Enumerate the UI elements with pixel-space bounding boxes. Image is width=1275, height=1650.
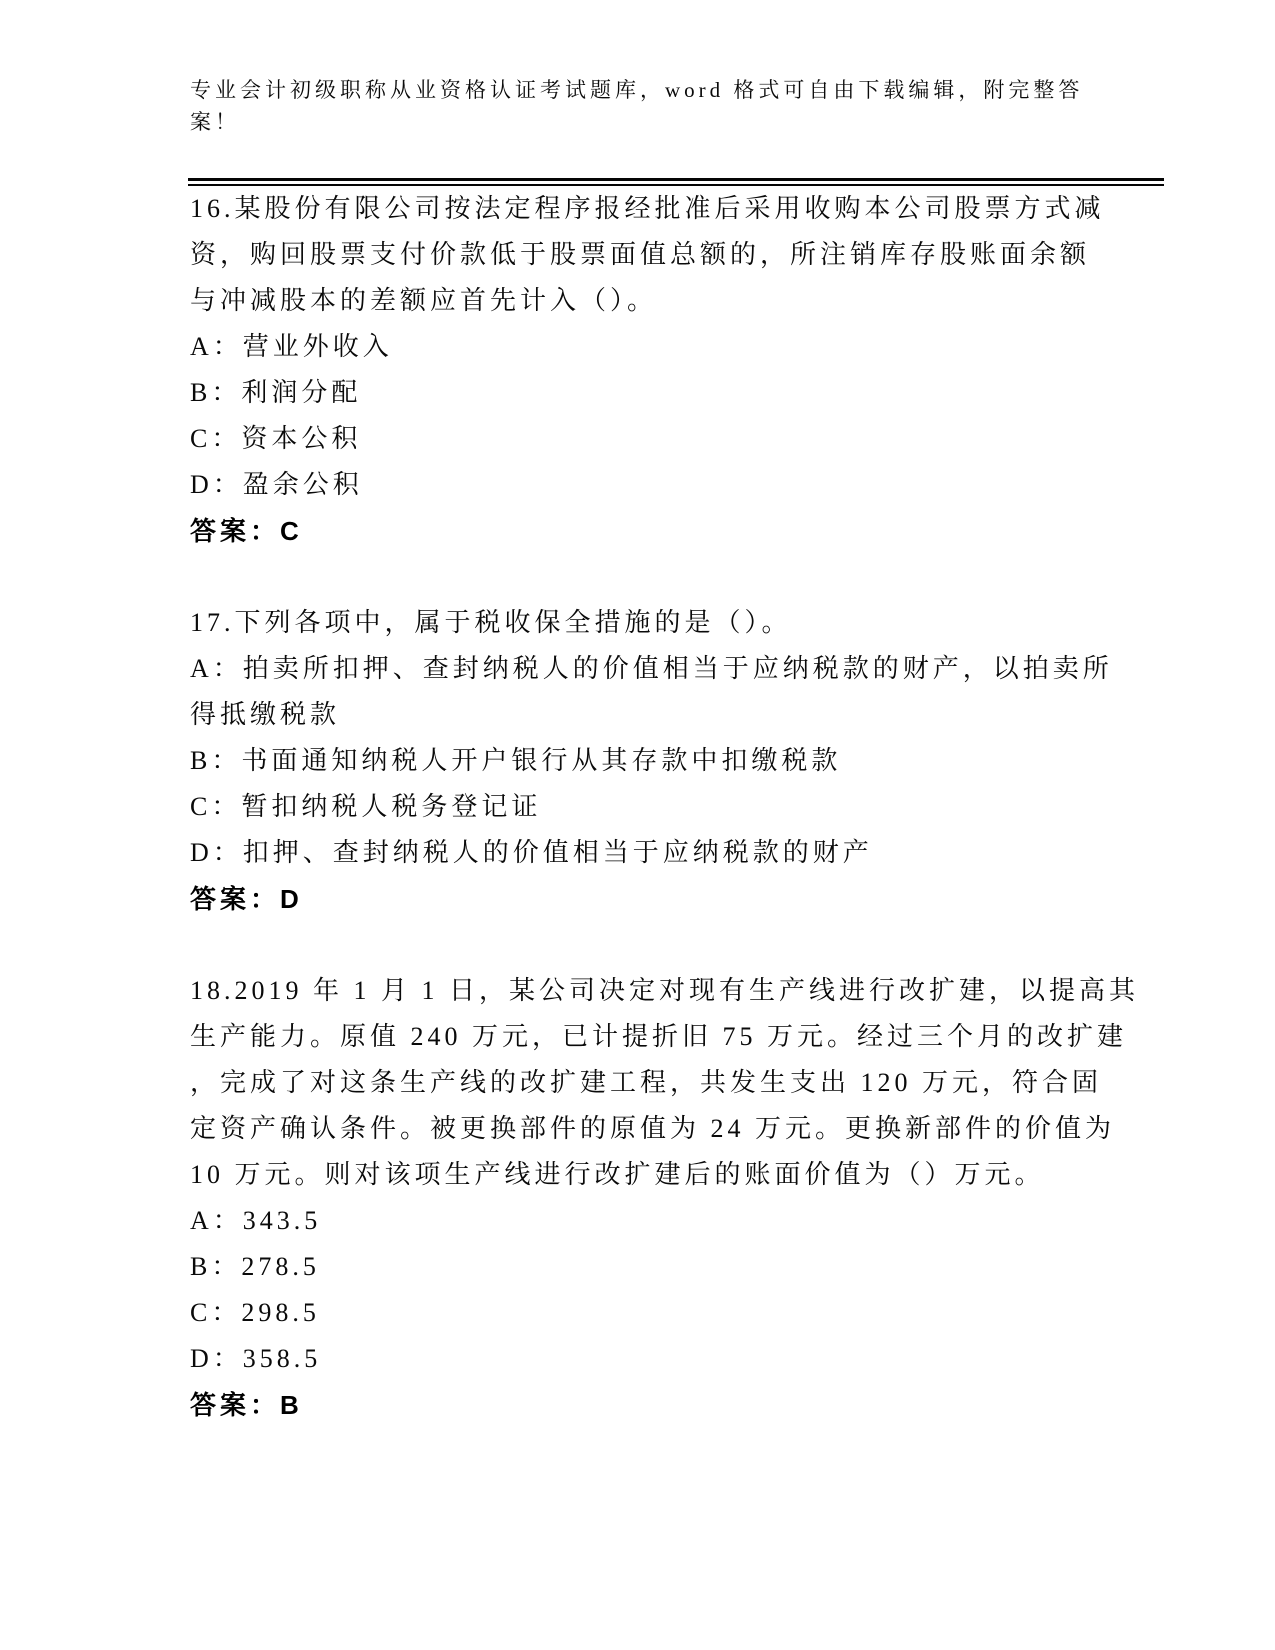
option-line-c: C：资本公积 <box>190 416 1085 462</box>
answer-line: 答案：D <box>190 876 1085 922</box>
option-line-d: D：扣押、查封纳税人的价值相当于应纳税款的财产 <box>190 830 1085 876</box>
answer-line: 答案：B <box>190 1382 1085 1428</box>
question-text-line: 17.下列各项中，属于税收保全措施的是（）。 <box>190 600 1085 646</box>
option-line-b: B：利润分配 <box>190 370 1085 416</box>
option-line-b: B：278.5 <box>190 1244 1085 1290</box>
question-text-line: 定资产确认条件。被更换部件的原值为 24 万元。更换新部件的价值为 <box>190 1106 1085 1152</box>
header-separator-line <box>188 178 1164 186</box>
option-line-a: A：343.5 <box>190 1198 1085 1244</box>
question-block-18: 18.2019 年 1 月 1 日，某公司决定对现有生产线进行改扩建，以提高其生… <box>190 968 1085 1428</box>
question-text-line: 16.某股份有限公司按法定程序报经批准后采用收购本公司股票方式减 <box>190 186 1085 232</box>
question-block-16: 16.某股份有限公司按法定程序报经批准后采用收购本公司股票方式减资，购回股票支付… <box>190 186 1085 554</box>
document-page: 专业会计初级职称从业资格认证考试题库，word 格式可自由下载编辑，附完整答案！… <box>0 0 1275 1650</box>
option-line-a: 得抵缴税款 <box>190 692 1085 738</box>
header-line: 专业会计初级职称从业资格认证考试题库，word 格式可自由下载编辑，附完整答 <box>190 74 1085 106</box>
question-text-line: 生产能力。原值 240 万元，已计提折旧 75 万元。经过三个月的改扩建 <box>190 1014 1085 1060</box>
document-header: 专业会计初级职称从业资格认证考试题库，word 格式可自由下载编辑，附完整答案！ <box>190 0 1085 138</box>
option-line-b: B：书面通知纳税人开户银行从其存款中扣缴税款 <box>190 738 1085 784</box>
question-text-line: ，完成了对这条生产线的改扩建工程，共发生支出 120 万元，符合固 <box>190 1060 1085 1106</box>
question-text-line: 资，购回股票支付价款低于股票面值总额的，所注销库存股账面余额 <box>190 232 1085 278</box>
option-line-d: D：358.5 <box>190 1336 1085 1382</box>
question-block-17: 17.下列各项中，属于税收保全措施的是（）。A：拍卖所扣押、查封纳税人的价值相当… <box>190 600 1085 922</box>
option-line-c: C：298.5 <box>190 1290 1085 1336</box>
answer-line: 答案：C <box>190 508 1085 554</box>
question-text-line: 18.2019 年 1 月 1 日，某公司决定对现有生产线进行改扩建，以提高其 <box>190 968 1085 1014</box>
option-line-d: D：盈余公积 <box>190 462 1085 508</box>
question-text-line: 10 万元。则对该项生产线进行改扩建后的账面价值为（）万元。 <box>190 1152 1085 1198</box>
document-content: 专业会计初级职称从业资格认证考试题库，word 格式可自由下载编辑，附完整答案！… <box>190 0 1085 1428</box>
option-line-c: C：暂扣纳税人税务登记证 <box>190 784 1085 830</box>
question-list: 16.某股份有限公司按法定程序报经批准后采用收购本公司股票方式减资，购回股票支付… <box>190 186 1085 1428</box>
header-line: 案！ <box>190 106 1085 138</box>
question-text-line: 与冲减股本的差额应首先计入（）。 <box>190 278 1085 324</box>
option-line-a: A：营业外收入 <box>190 324 1085 370</box>
option-line-a: A：拍卖所扣押、查封纳税人的价值相当于应纳税款的财产，以拍卖所 <box>190 646 1085 692</box>
